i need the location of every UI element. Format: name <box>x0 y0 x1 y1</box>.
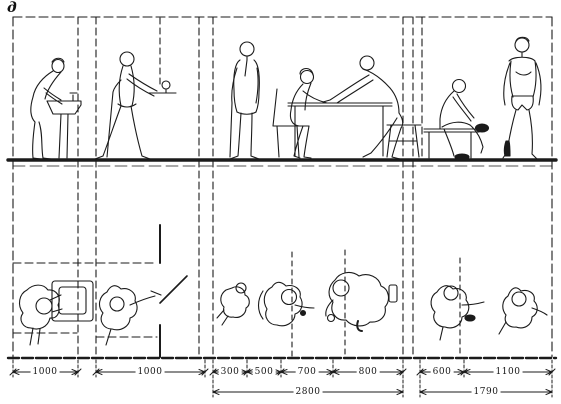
frame-lines <box>8 17 556 358</box>
person-carrying-through-door-plan-icon <box>100 286 161 345</box>
person-seated-at-table-plan-icon <box>259 282 315 325</box>
person-crouching-plan-icon <box>217 283 249 325</box>
woman-bending-over-sink-elevation-icon <box>31 58 81 159</box>
dining-table-elevation <box>288 103 392 156</box>
person-seated-dressing-plan-icon <box>431 286 484 340</box>
person-on-bench-putting-on-shoes-elevation-icon <box>424 80 489 161</box>
man-standing-with-cane-elevation-icon <box>230 42 259 159</box>
person-at-sink-plan-icon <box>20 281 93 345</box>
man-on-stool-reaching-over-table-elevation-icon <box>323 56 421 159</box>
dim-dressing-total: 1790 <box>472 388 501 397</box>
diagram-linework <box>0 0 561 404</box>
undressed-man-standing-elevation-icon <box>503 37 541 159</box>
dim-dressing-seg1: 600 <box>431 368 454 377</box>
ergonomics-diagram: д 1000 1000 300 500 700 800 600 1100 280… <box>0 0 561 404</box>
plan-row <box>13 225 547 357</box>
door-leaf <box>160 276 187 303</box>
woman-seated-at-table-elevation-icon <box>273 69 327 159</box>
dim-dining-total: 2800 <box>294 388 323 397</box>
dim-dining-seg2: 500 <box>253 368 276 377</box>
person-seated-serving-plan-icon <box>326 273 389 331</box>
figure-index-label: д <box>7 1 17 15</box>
dim-carrying-width: 1000 <box>136 368 165 377</box>
dim-dining-seg3: 700 <box>296 368 319 377</box>
dim-dining-seg1: 300 <box>219 368 242 377</box>
person-standing-plan-icon <box>499 288 547 334</box>
dim-dining-seg4: 800 <box>357 368 380 377</box>
dim-washing-width: 1000 <box>31 368 60 377</box>
person-carrying-tray-elevation-icon <box>95 52 176 159</box>
dim-dressing-seg2: 1100 <box>494 368 523 377</box>
elevation-row <box>31 37 541 160</box>
